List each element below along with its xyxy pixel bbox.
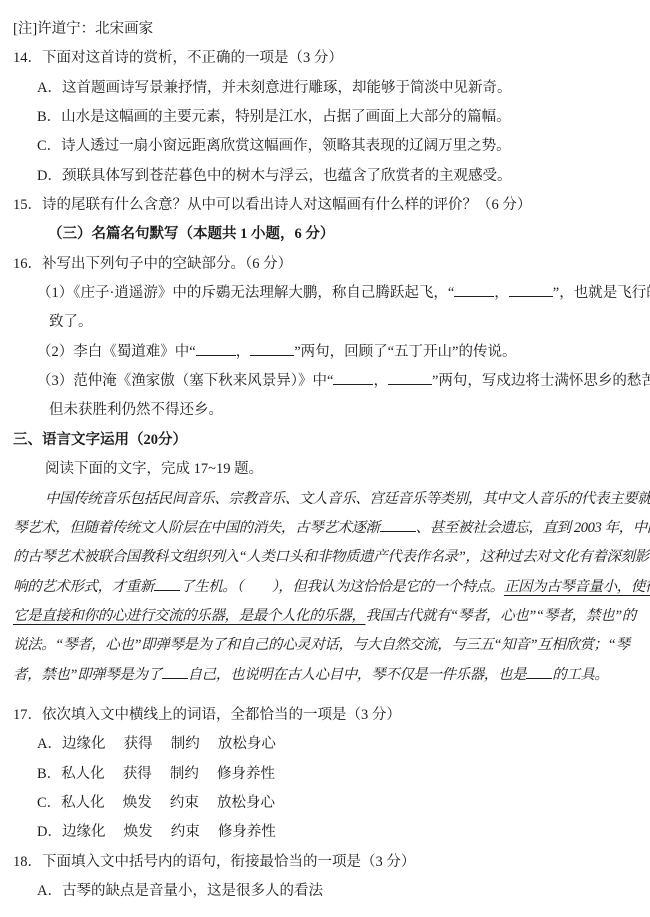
question-16-item-3-line-1: （3）范仲淹《渔家傲（塞下秋来风景异）》中“，”两句，写戍边将士满怀思乡的愁苦，: [0, 367, 650, 396]
question-16-item-3-line-2: 但未获胜利仍然不得还乡。: [0, 396, 650, 425]
blank-underline: [388, 371, 432, 385]
exam-document: [注]许道宁：北宋画家14．下面对这首诗的赏析，不正确的一项是（3 分）A．这首…: [0, 0, 650, 917]
text-run: C．私人化 焕发 约束 放松身心: [37, 795, 275, 811]
text-run: B．私人化 获得 制约 修身养性: [37, 766, 275, 782]
text-run: （2）李白《蜀道难》中“: [37, 344, 196, 360]
text-run: 15．诗的尾联有什么含意？从中可以看出诗人对这幅画有什么样的评价？（6 分）: [13, 197, 531, 213]
blank-underline: [454, 283, 494, 297]
text-run: ，: [373, 373, 388, 389]
text-run: 我国古代就有“琴者，心也”“琴者，禁也”的: [366, 608, 636, 624]
text-run: 18．下面填入文中括号内的语句，衔接最恰当的一项是（3 分）: [13, 854, 415, 870]
question-17-option-c: C．私人化 焕发 约束 放松身心: [0, 789, 650, 818]
question-16-stem: 16．补写出下列句子中的空缺部分。（6 分）: [0, 250, 650, 279]
text-run: （1）《庄子·逍遥游》中的斥鷃无法理解大鹏，称自己腾跃起飞，“: [37, 285, 454, 301]
passage-line-7: 者，禁也”即弹琴是为了自己，也说明在古人心目中，琴不仅是一件乐器，也是的工具。: [0, 661, 650, 690]
question-14-option-b: B．山水是这幅画的主要元素，特别是江水，占据了画面上大部分的篇幅。: [0, 103, 650, 132]
blank-underline: [526, 665, 552, 679]
text-run: （三）名篇名句默写（本题共 1 小题，6 分）: [48, 226, 334, 242]
question-17-option-b: B．私人化 获得 制约 修身养性: [0, 760, 650, 789]
text-run: 14．下面对这首诗的赏析，不正确的一项是（3 分）: [13, 50, 343, 66]
text-run: 响的艺术形式，才重新: [13, 579, 154, 595]
question-14-option-c: C．诗人透过一扇小窗远距离欣赏这幅画作，领略其表现的辽阔万里之势。: [0, 132, 650, 161]
passage-line-2: 琴艺术，但随着传统文人阶层在中国的消失，古琴艺术逐渐、甚至被社会遗忘，直到 20…: [0, 514, 650, 543]
question-18-option-a: A．古琴的缺点是音量小，这是很多人的看法: [0, 877, 650, 906]
text-run: （3）范仲淹《渔家傲（塞下秋来风景异）》中“: [37, 373, 333, 389]
blank-underline: [196, 342, 236, 356]
blank-underline: [509, 283, 553, 297]
question-16-item-1-line-1: （1）《庄子·逍遥游》中的斥鷃无法理解大鹏，称自己腾跃起飞，“，”，也就是飞行的…: [0, 279, 650, 308]
question-16-item-2: （2）李白《蜀道难》中“，”两句，回顾了“五丁开山”的传说。: [0, 338, 650, 367]
section-3-heading: （三）名篇名句默写（本题共 1 小题，6 分）: [0, 220, 650, 249]
reading-instruction: 阅读下面的文字，完成 17~19 题。: [0, 455, 650, 484]
blank-underline: [154, 577, 180, 591]
text-run: D．颈联具体写到苍茫暮色中的树木与浮云，也蕴含了欣赏者的主观感受。: [37, 168, 511, 184]
part-3-heading: 三、语言文字运用（20分）: [0, 426, 650, 455]
text-run: 17．依次填入文中横线上的词语，全都恰当的一项是（3 分）: [13, 707, 401, 723]
text-run: 阅读下面的文字，完成 17~19 题。: [45, 461, 263, 477]
text-run: [注]许道宁：北宋画家: [13, 21, 153, 37]
question-18-stem: 18．下面填入文中括号内的语句，衔接最恰当的一项是（3 分）: [0, 848, 650, 877]
text-run: 正因为古琴音量小，使得: [504, 579, 650, 595]
passage-line-1: 中国传统音乐包括民间音乐、宗教音乐、文人音乐、宫廷音乐等类别，其中文人音乐的代表…: [0, 485, 650, 514]
question-14-stem: 14．下面对这首诗的赏析，不正确的一项是（3 分）: [0, 44, 650, 73]
text-run: 中国传统音乐包括民间音乐、宗教音乐、文人音乐、宫廷音乐等类别，其中文人音乐的代表…: [45, 491, 650, 507]
text-run: 自己，也说明在古人心目中，琴不仅是一件乐器，也是: [188, 667, 526, 683]
question-16-item-1-line-2: 致了。: [0, 308, 650, 337]
text-run: 但未获胜利仍然不得还乡。: [49, 402, 223, 418]
question-14-option-d: D．颈联具体写到苍茫暮色中的树木与浮云，也蕴含了欣赏者的主观感受。: [0, 162, 650, 191]
text-run: A．这首题画诗写景兼抒情，并未刻意进行雕琢，却能够于简淡中见新奇。: [37, 80, 511, 96]
text-run: 三、语言文字运用（20分）: [13, 432, 187, 448]
question-15-stem: 15．诗的尾联有什么含意？从中可以看出诗人对这幅画有什么样的评价？（6 分）: [0, 191, 650, 220]
question-17-stem: 17．依次填入文中横线上的词语，全都恰当的一项是（3 分）: [0, 701, 650, 730]
text-run: 它是直接和你的心进行交流的乐器，是最个人化的乐器，: [13, 608, 366, 624]
text-run: 者，禁也”即弹琴是为了: [13, 667, 162, 683]
text-run: A．古琴的缺点是音量小，这是很多人的看法: [37, 883, 323, 899]
blank-underline: [333, 371, 373, 385]
question-17-option-d: D．边缘化 焕发 约束 修身养性: [0, 818, 650, 847]
text-run: 了生机。（ ），但我认为这恰恰是它的一个特点。: [180, 579, 504, 595]
passage-line-5: 它是直接和你的心进行交流的乐器，是最个人化的乐器，我国古代就有“琴者，心也”“琴…: [0, 602, 650, 631]
text-run: ，: [236, 344, 251, 360]
passage-line-6: 说法。“琴者，心也”即弹琴是为了和自己的心灵对话，与大自然交流，与三五“知音”互…: [0, 631, 650, 660]
text-run: 、甚至被社会遗忘，直到 2003 年，中国: [416, 520, 650, 536]
blank-underline: [250, 342, 294, 356]
text-run: B．山水是这幅画的主要元素，特别是江水，占据了画面上大部分的篇幅。: [37, 109, 511, 125]
text-run: ”，也就是飞行的极: [553, 285, 650, 301]
text-run: 琴艺术，但随着传统文人阶层在中国的消失，古琴艺术逐渐: [13, 520, 380, 536]
text-run: 16．补写出下列句子中的空缺部分。（6 分）: [13, 256, 292, 272]
text-run: A．边缘化 获得 制约 放松身心: [37, 736, 276, 752]
annotation-note: [注]许道宁：北宋画家: [0, 15, 650, 44]
text-run: 说法。“琴者，心也”即弹琴是为了和自己的心灵对话，与大自然交流，与三五“知音”互…: [13, 637, 629, 653]
text-run: ，: [494, 285, 509, 301]
blank-underline: [380, 518, 416, 532]
passage-line-4: 响的艺术形式，才重新了生机。（ ），但我认为这恰恰是它的一个特点。正因为古琴音量…: [0, 573, 650, 602]
text-run: ”两句，写戍边将士满怀思乡的愁苦，: [432, 373, 650, 389]
text-run: 致了。: [49, 314, 93, 330]
question-14-option-a: A．这首题画诗写景兼抒情，并未刻意进行雕琢，却能够于简淡中见新奇。: [0, 74, 650, 103]
text-run: ”两句，回顾了“五丁开山”的传说。: [294, 344, 516, 360]
blank-underline: [162, 665, 188, 679]
question-17-option-a: A．边缘化 获得 制约 放松身心: [0, 730, 650, 759]
text-run: 的工具。: [552, 667, 608, 683]
passage-line-3: 的古琴艺术被联合国教科文组织列入“人类口头和非物质遗产代表作名录”，这种过去对文…: [0, 543, 650, 572]
text-run: C．诗人透过一扇小窗远距离欣赏这幅画作，领略其表现的辽阔万里之势。: [37, 138, 511, 154]
text-run: D．边缘化 焕发 约束 修身养性: [37, 824, 276, 840]
text-run: 的古琴艺术被联合国教科文组织列入“人类口头和非物质遗产代表作名录”，这种过去对文…: [13, 549, 649, 565]
